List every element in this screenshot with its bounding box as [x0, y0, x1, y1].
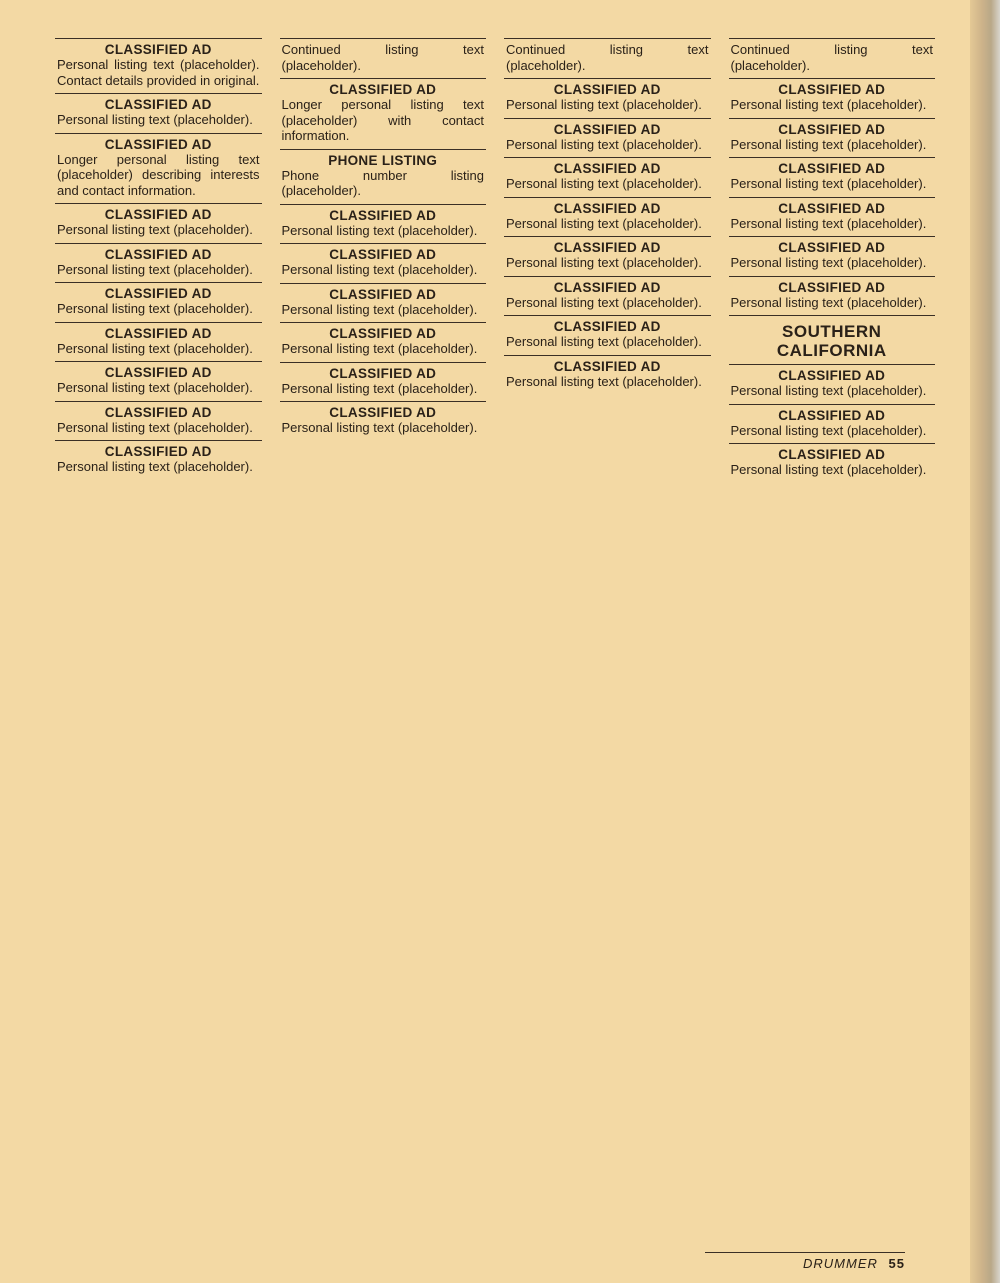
ad-title: Classified Ad — [731, 368, 934, 383]
classified-ad: Classified AdPersonal listing text (plac… — [280, 401, 487, 441]
ad-body: Personal listing text (placeholder). — [506, 334, 709, 350]
classified-ad: Classified AdPersonal listing text (plac… — [280, 322, 487, 362]
classified-ad: Continued listing text (placeholder). — [504, 38, 711, 78]
ad-body: Personal listing text (placeholder). — [731, 97, 934, 113]
ad-body: Personal listing text (placeholder). — [731, 462, 934, 478]
ad-body: Personal listing text (placeholder). — [57, 262, 260, 278]
ad-body: Personal listing text (placeholder). — [506, 216, 709, 232]
ad-title: Classified Ad — [57, 444, 260, 459]
ad-title: Classified Ad — [57, 365, 260, 380]
ad-body: Continued listing text (placeholder). — [506, 42, 709, 73]
classified-ad: Classified AdPersonal listing text (plac… — [280, 243, 487, 283]
classified-ad: Classified AdPersonal listing text (plac… — [729, 118, 936, 158]
classified-ad: Classified AdLonger personal listing tex… — [55, 133, 262, 204]
ad-title: Classified Ad — [731, 201, 934, 216]
ad-title: Classified Ad — [57, 247, 260, 262]
classified-ad: Continued listing text (placeholder). — [729, 38, 936, 78]
classified-ad: Classified AdPersonal listing text (plac… — [55, 322, 262, 362]
ad-title: Classified Ad — [282, 405, 485, 420]
ad-title: Classified Ad — [731, 280, 934, 295]
classified-ad: Classified AdPersonal listing text (plac… — [280, 204, 487, 244]
ad-body: Personal listing text (placeholder). — [282, 420, 485, 436]
classified-ad: Classified AdPersonal listing text (plac… — [280, 362, 487, 402]
ad-title: Classified Ad — [506, 280, 709, 295]
ad-body: Personal listing text (placeholder). — [57, 420, 260, 436]
classified-ad: Classified AdPersonal listing text (plac… — [55, 243, 262, 283]
page-footer: DRUMMER 55 — [705, 1252, 905, 1271]
classified-ad: Classified AdPersonal listing text (plac… — [55, 282, 262, 322]
ad-title: Classified Ad — [282, 247, 485, 262]
classified-ad: Classified AdPersonal listing text (plac… — [504, 276, 711, 316]
ad-body: Longer personal listing text (placeholde… — [282, 97, 485, 144]
column-4: Continued listing text (placeholder).Cla… — [729, 38, 936, 1238]
section-heading: SOUTHERN CALIFORNIA — [729, 315, 936, 364]
ad-body: Personal listing text (placeholder). Con… — [57, 57, 260, 88]
ad-body: Personal listing text (placeholder). — [731, 383, 934, 399]
ad-title: Classified Ad — [506, 240, 709, 255]
ad-title: Classified Ad — [506, 359, 709, 374]
ad-title: Classified Ad — [57, 286, 260, 301]
classified-ad: Classified AdPersonal listing text (plac… — [504, 315, 711, 355]
ad-body: Continued listing text (placeholder). — [282, 42, 485, 73]
ad-body: Personal listing text (placeholder). — [57, 459, 260, 475]
ad-body: Personal listing text (placeholder). — [506, 137, 709, 153]
ad-body: Personal listing text (placeholder). — [282, 341, 485, 357]
ad-body: Personal listing text (placeholder). — [506, 255, 709, 271]
classified-ad: Classified AdPersonal listing text (plac… — [729, 157, 936, 197]
classified-ad: Classified AdPersonal listing text (plac… — [504, 236, 711, 276]
ad-body: Continued listing text (placeholder). — [731, 42, 934, 73]
classified-ad: Classified AdPersonal listing text (plac… — [504, 78, 711, 118]
classified-ad: Classified AdPersonal listing text (plac… — [729, 404, 936, 444]
page-binding-edge — [970, 0, 1000, 1283]
ad-title: Classified Ad — [506, 122, 709, 137]
ad-title: Classified Ad — [57, 405, 260, 420]
ad-title: Classified Ad — [282, 326, 485, 341]
ad-body: Personal listing text (placeholder). — [57, 380, 260, 396]
ad-body: Personal listing text (placeholder). — [506, 295, 709, 311]
ad-body: Personal listing text (placeholder). — [731, 216, 934, 232]
classifieds-columns: Classified AdPersonal listing text (plac… — [55, 38, 935, 1238]
ad-title: Classified Ad — [282, 287, 485, 302]
ad-title: Classified Ad — [506, 201, 709, 216]
ad-body: Personal listing text (placeholder). — [731, 423, 934, 439]
publication-name: DRUMMER — [803, 1256, 878, 1271]
ad-title: Classified Ad — [731, 408, 934, 423]
classified-ad: Classified AdLonger personal listing tex… — [280, 78, 487, 149]
ad-title: Classified Ad — [506, 319, 709, 334]
ad-title: Classified Ad — [57, 97, 260, 112]
classified-ad: Classified AdPersonal listing text (plac… — [55, 38, 262, 93]
classified-ad: Classified AdPersonal listing text (plac… — [504, 118, 711, 158]
classified-ad: Classified AdPersonal listing text (plac… — [280, 283, 487, 323]
classified-ad: Classified AdPersonal listing text (plac… — [55, 401, 262, 441]
classified-ad: Classified AdPersonal listing text (plac… — [729, 78, 936, 118]
classified-ad: Classified AdPersonal listing text (plac… — [504, 355, 711, 395]
ad-body: Phone number listing (placeholder). — [282, 168, 485, 199]
ad-title: Classified Ad — [506, 161, 709, 176]
classified-ad: Classified AdPersonal listing text (plac… — [55, 440, 262, 480]
ad-title: Classified Ad — [731, 161, 934, 176]
classified-ad: Phone ListingPhone number listing (place… — [280, 149, 487, 204]
classified-ad: Classified AdPersonal listing text (plac… — [729, 197, 936, 237]
ad-title: Classified Ad — [506, 82, 709, 97]
ad-body: Personal listing text (placeholder). — [506, 176, 709, 192]
ad-body: Longer personal listing text (placeholde… — [57, 152, 260, 199]
page-number: 55 — [889, 1256, 905, 1271]
ad-title: Phone Listing — [282, 153, 485, 168]
classified-ad: Continued listing text (placeholder). — [280, 38, 487, 78]
column-3: Continued listing text (placeholder).Cla… — [504, 38, 711, 1238]
ad-body: Personal listing text (placeholder). — [731, 176, 934, 192]
ad-title: Classified Ad — [731, 240, 934, 255]
ad-title: Classified Ad — [282, 82, 485, 97]
classified-ad: Classified AdPersonal listing text (plac… — [729, 236, 936, 276]
ad-body: Personal listing text (placeholder). — [731, 255, 934, 271]
classified-ad: Classified AdPersonal listing text (plac… — [55, 361, 262, 401]
ad-body: Personal listing text (placeholder). — [506, 97, 709, 113]
classified-ad: Classified AdPersonal listing text (plac… — [729, 443, 936, 483]
ad-title: Classified Ad — [57, 326, 260, 341]
ad-body: Personal listing text (placeholder). — [57, 341, 260, 357]
ad-body: Personal listing text (placeholder). — [731, 295, 934, 311]
classified-ad: Classified AdPersonal listing text (plac… — [504, 157, 711, 197]
classified-ad: Classified AdPersonal listing text (plac… — [504, 197, 711, 237]
ad-title: Classified Ad — [57, 42, 260, 57]
ad-body: Personal listing text (placeholder). — [282, 223, 485, 239]
ad-title: Classified Ad — [57, 207, 260, 222]
ad-body: Personal listing text (placeholder). — [282, 302, 485, 318]
ad-title: Classified Ad — [731, 82, 934, 97]
ad-body: Personal listing text (placeholder). — [57, 112, 260, 128]
ad-body: Personal listing text (placeholder). — [282, 381, 485, 397]
ad-body: Personal listing text (placeholder). — [57, 301, 260, 317]
ad-title: Classified Ad — [731, 447, 934, 462]
ad-title: Classified Ad — [57, 137, 260, 152]
classified-ad: Classified AdPersonal listing text (plac… — [729, 276, 936, 316]
classified-ad: Classified AdPersonal listing text (plac… — [55, 203, 262, 243]
classified-ad: Classified AdPersonal listing text (plac… — [55, 93, 262, 133]
ad-title: Classified Ad — [731, 122, 934, 137]
column-1: Classified AdPersonal listing text (plac… — [55, 38, 262, 1238]
ad-body: Personal listing text (placeholder). — [506, 374, 709, 390]
ad-body: Personal listing text (placeholder). — [282, 262, 485, 278]
classified-ad: Classified AdPersonal listing text (plac… — [729, 364, 936, 404]
ad-title: Classified Ad — [282, 366, 485, 381]
ad-body: Personal listing text (placeholder). — [57, 222, 260, 238]
ad-title: Classified Ad — [282, 208, 485, 223]
ad-body: Personal listing text (placeholder). — [731, 137, 934, 153]
column-2: Continued listing text (placeholder).Cla… — [280, 38, 487, 1238]
